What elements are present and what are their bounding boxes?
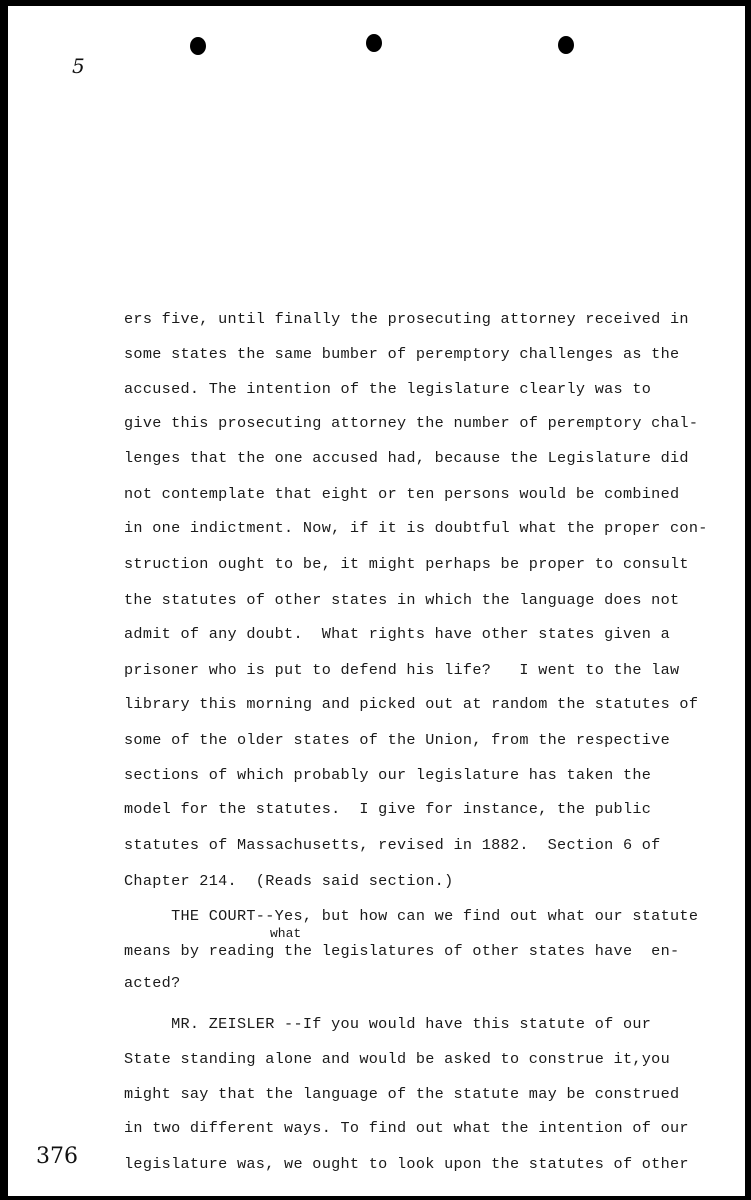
text-line: in two different ways. To find out what … xyxy=(124,1119,689,1137)
text-line: the statutes of other states in which th… xyxy=(124,591,679,609)
text-line: sections of which probably our legislatu… xyxy=(124,766,651,784)
text-line: statutes of Massachusetts, revised in 18… xyxy=(124,836,661,854)
text-line: State standing alone and would be asked … xyxy=(124,1050,670,1068)
text-line: admit of any doubt. What rights have oth… xyxy=(124,625,670,643)
text-line: might say that the language of the statu… xyxy=(124,1085,679,1103)
text-line: model for the statutes. I give for insta… xyxy=(124,800,651,818)
punch-hole xyxy=(558,36,574,54)
text-line: legislature was, we ought to look upon t… xyxy=(124,1155,689,1173)
text-line: some of the older states of the Union, f… xyxy=(124,731,670,749)
text-line: ers five, until finally the prosecuting … xyxy=(124,310,689,328)
text-line: in one indictment. Now, if it is doubtfu… xyxy=(124,519,708,537)
text-line: THE COURT--Yes, but how can we find out … xyxy=(124,907,698,925)
text-line: some states the same bumber of peremptor… xyxy=(124,345,679,363)
interlinear-insert: what xyxy=(270,926,301,941)
corner-mark: 5 xyxy=(72,54,85,78)
text-line: means by reading the legislatures of oth… xyxy=(124,942,679,960)
text-line: library this morning and picked out at r… xyxy=(124,695,698,713)
text-line: struction ought to be, it might perhaps … xyxy=(124,555,689,573)
text-line: not contemplate that eight or ten person… xyxy=(124,485,679,503)
text-line: acted? xyxy=(124,974,180,992)
text-line: lenges that the one accused had, because… xyxy=(124,449,689,467)
page-number: 376 xyxy=(36,1144,78,1169)
text-line: MR. ZEISLER --If you would have this sta… xyxy=(124,1015,651,1033)
punch-hole xyxy=(366,34,382,52)
text-line: give this prosecuting attorney the numbe… xyxy=(124,414,698,432)
text-line: prisoner who is put to defend his life? … xyxy=(124,661,679,679)
punch-hole xyxy=(190,37,206,55)
text-line: accused. The intention of the legislatur… xyxy=(124,380,651,398)
text-line: Chapter 214. (Reads said section.) xyxy=(124,872,454,890)
